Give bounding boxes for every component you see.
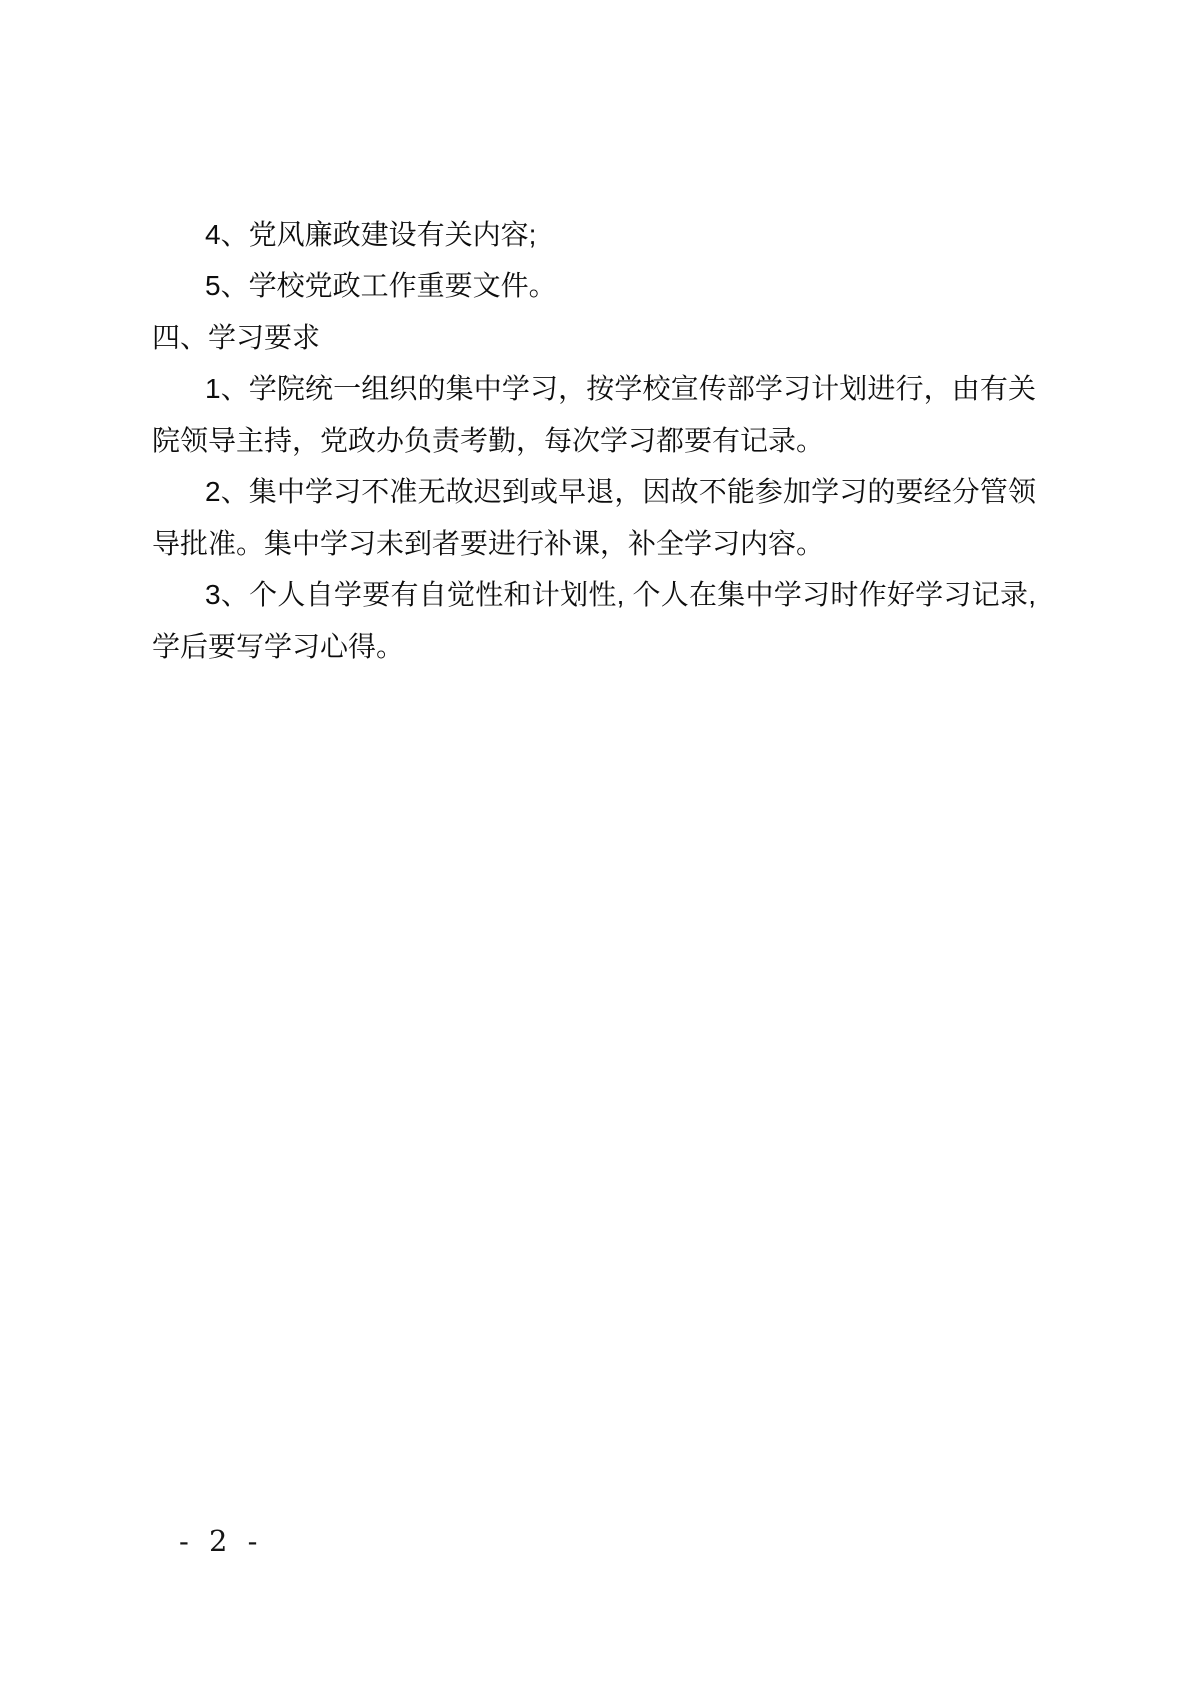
requirement-1-line-1: 1、学院统一组织的集中学习，按学校宣传部学习计划进行，由有关 [152,372,1036,412]
list-item-5: 5、学校党政工作重要文件。 [152,269,1036,302]
requirement-1-line-2: 院领导主持，党政办负责考勤，每次学习都要有记录。 [152,424,1036,457]
requirement-2-line-2: 导批准。集中学习未到者要进行补课，补全学习内容。 [152,527,1036,560]
page-number: - 2 - [179,1524,259,1558]
requirement-2-line-1: 2、集中学习不准无故迟到或早退，因故不能参加学习的要经分管领 [152,475,1036,515]
section-heading-4: 四、学习要求 [152,321,1036,354]
list-item-4: 4、党风廉政建设有关内容; [152,218,1036,251]
requirement-3-line-2: 学后要写学习心得。 [152,630,1036,663]
requirement-3-line-1: 3、个人自学要有自觉性和计划性, 个人在集中学习时作好学习记录, [152,578,1036,618]
document-page: 4、党风廉政建设有关内容; 5、学校党政工作重要文件。 四、学习要求 1、学院统… [0,0,1191,1684]
